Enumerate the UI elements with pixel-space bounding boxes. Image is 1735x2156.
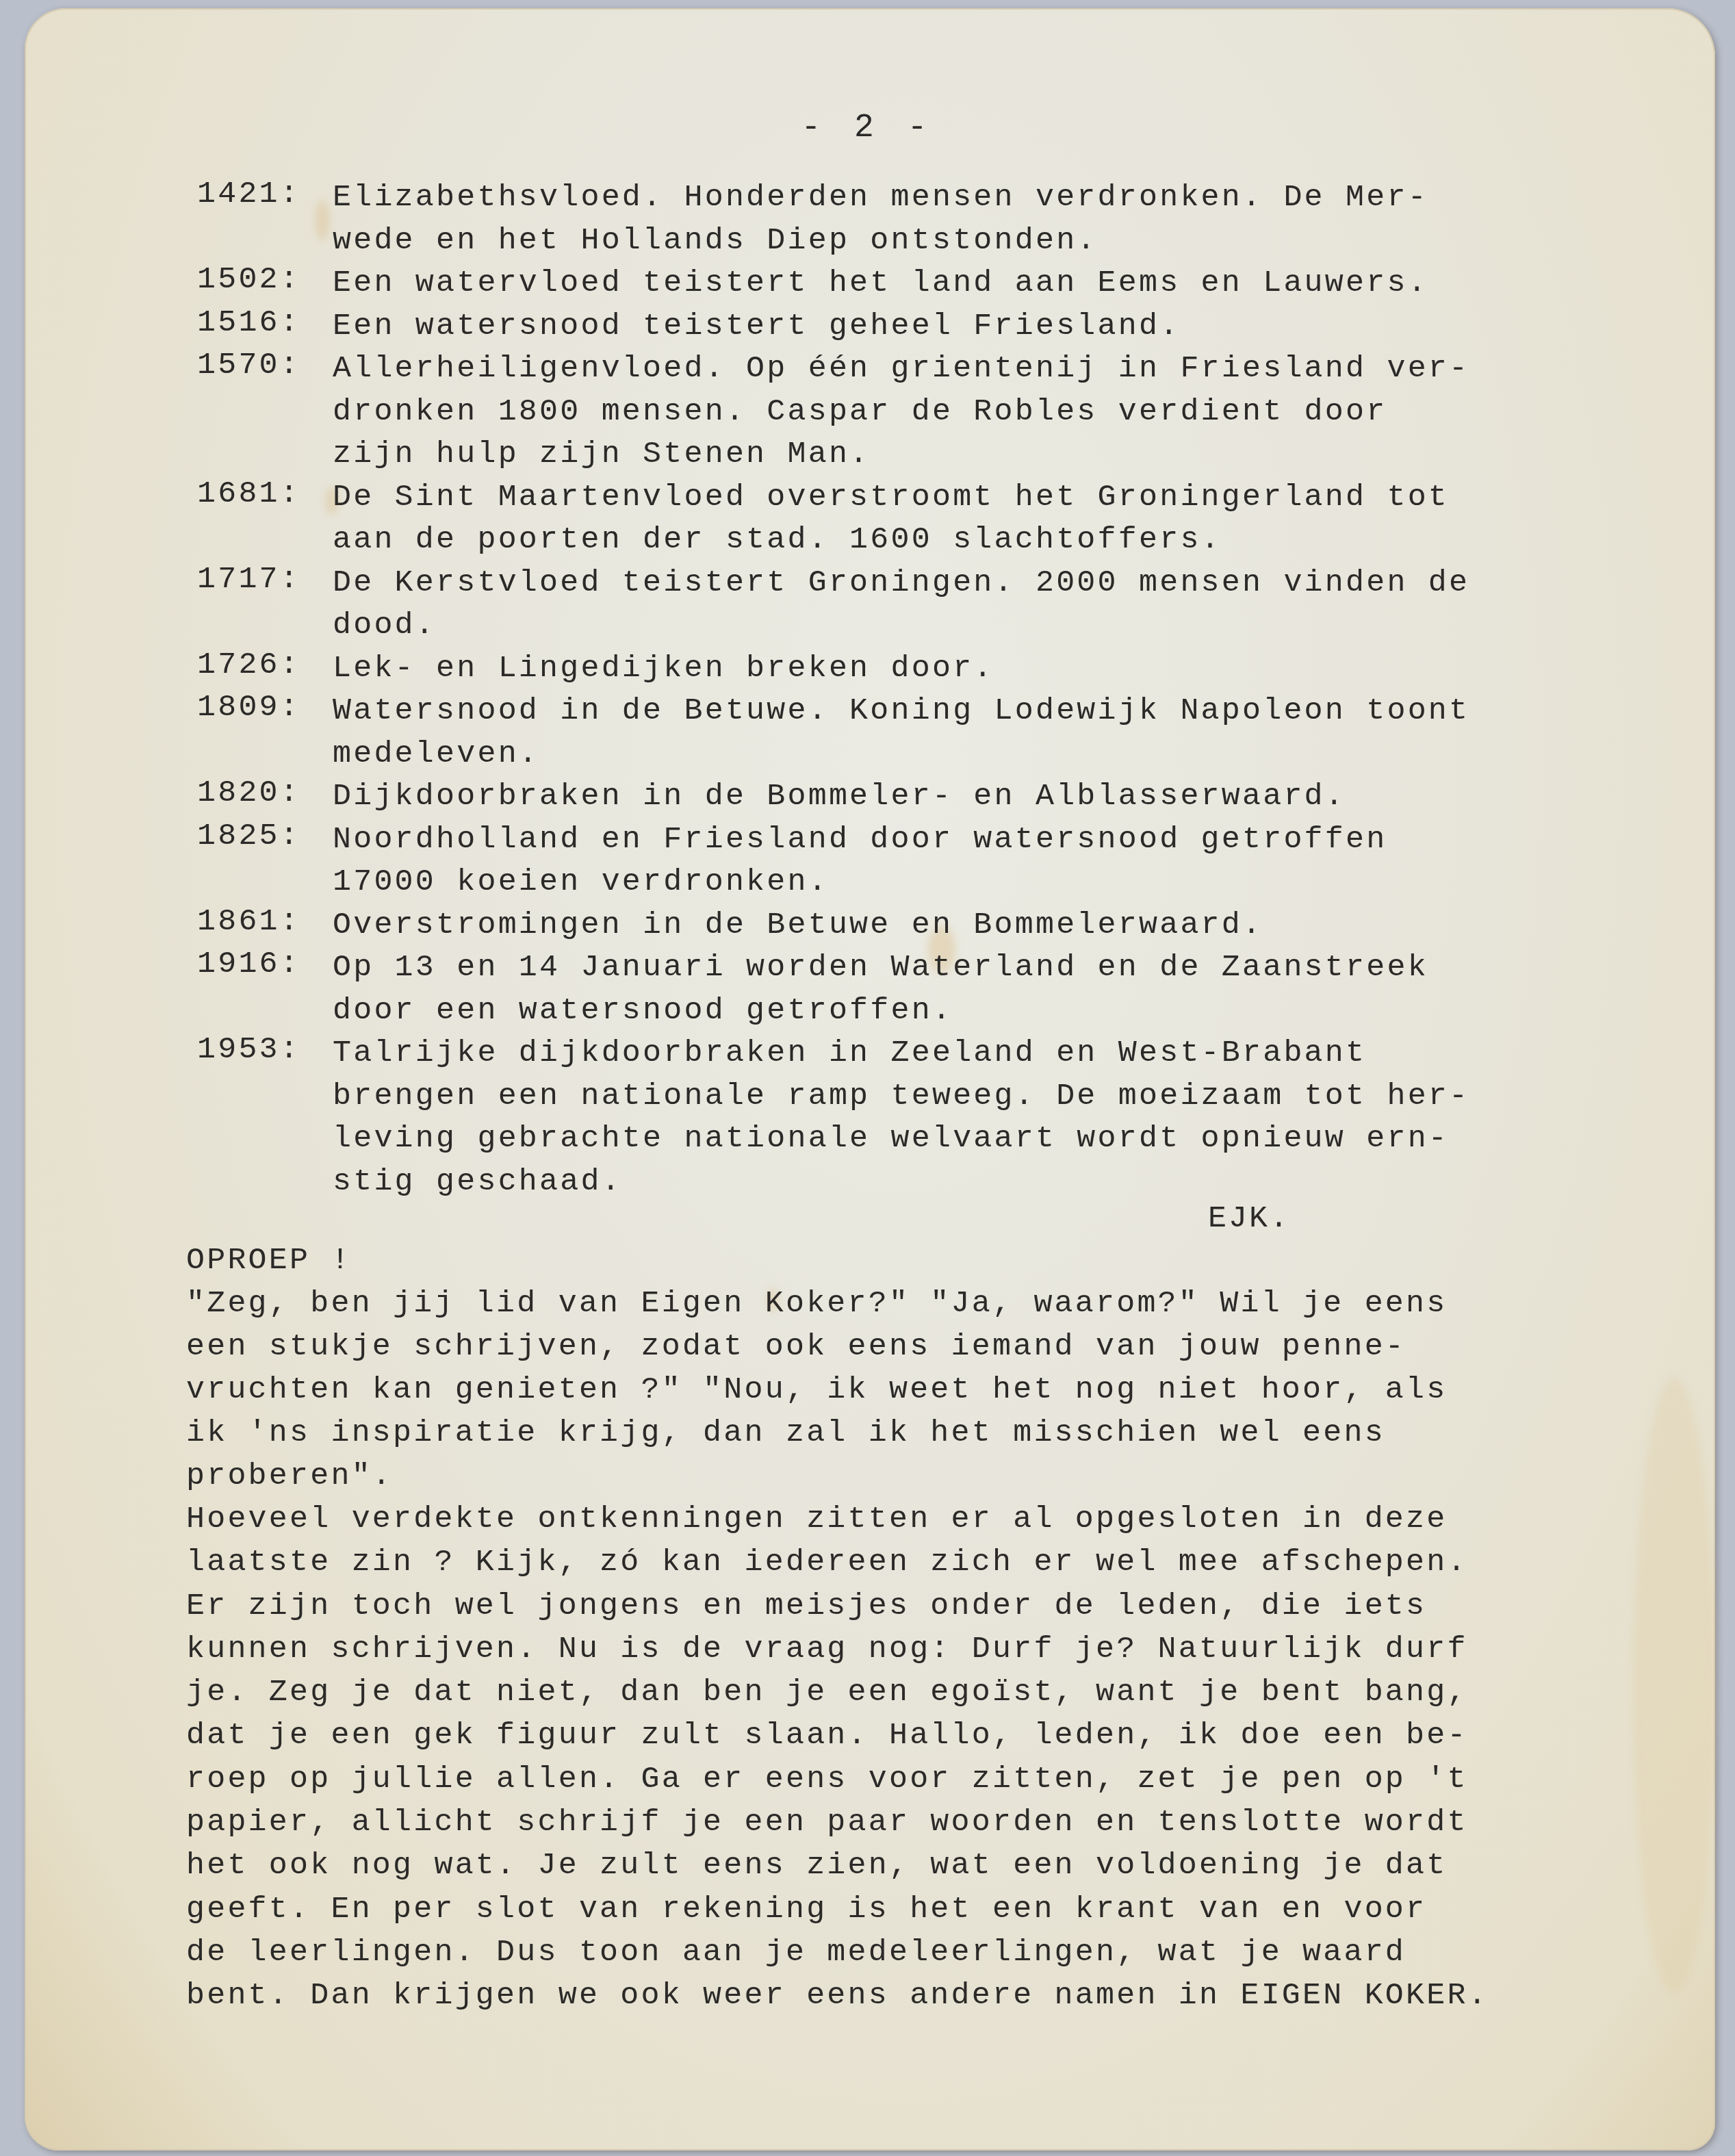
entry-year: 1916: xyxy=(197,947,333,981)
text-line: Een watersnood teistert geheel Friesland… xyxy=(333,305,1600,348)
text-line: roep op jullie allen. Ga er eens voor zi… xyxy=(186,1758,1658,1801)
text-line: 17000 koeien verdronken. xyxy=(333,861,1600,904)
entry-year: 1421: xyxy=(197,177,333,211)
text-line: "Zeg, ben jij lid van Eigen Koker?" "Ja,… xyxy=(186,1282,1658,1325)
entry-year: 1953: xyxy=(197,1032,333,1067)
author-signature: EJK. xyxy=(1208,1201,1290,1236)
text-line: dat je een gek figuur zult slaan. Hallo,… xyxy=(186,1714,1658,1757)
text-line: proberen". xyxy=(186,1454,1658,1498)
text-line: Op 13 en 14 Januari worden Waterland en … xyxy=(333,947,1600,990)
entry-text: Elizabethsvloed. Honderden mensen verdro… xyxy=(333,177,1600,262)
text-line: leving gebrachte nationale welvaart word… xyxy=(333,1118,1600,1161)
text-line: aan de poorten der stad. 1600 slachtoffe… xyxy=(333,519,1600,562)
text-line: Elizabethsvloed. Honderden mensen verdro… xyxy=(333,177,1600,220)
text-line: medeleven. xyxy=(333,733,1600,776)
document-page: - 2 - 1421:Elizabethsvloed. Honderden me… xyxy=(0,0,1735,2156)
text-line: een stukje schrijven, zodat ook eens iem… xyxy=(186,1325,1658,1368)
flood-timeline: 1421:Elizabethsvloed. Honderden mensen v… xyxy=(197,177,1600,1203)
text-line: dronken 1800 mensen. Caspar de Robles ve… xyxy=(333,391,1600,434)
entry-text: Watersnood in de Betuwe. Koning Lodewijk… xyxy=(333,690,1600,775)
text-line: Allerheiligenvloed. Op één grientenij in… xyxy=(333,348,1600,391)
entry-year: 1570: xyxy=(197,348,333,383)
entry-text: Noordholland en Friesland door watersnoo… xyxy=(333,819,1600,904)
entry-text: Overstromingen in de Betuwe en Bommelerw… xyxy=(333,904,1600,947)
text-line: je. Zeg je dat niet, dan ben je een egoï… xyxy=(186,1671,1658,1714)
timeline-entry: 1516:Een watersnood teistert geheel Frie… xyxy=(197,305,1600,348)
text-line: Watersnood in de Betuwe. Koning Lodewijk… xyxy=(333,690,1600,733)
text-line: zijn hulp zijn Stenen Man. xyxy=(333,433,1600,476)
entry-text: Allerheiligenvloed. Op één grientenij in… xyxy=(333,348,1600,476)
entry-year: 1681: xyxy=(197,476,333,511)
entry-year: 1726: xyxy=(197,647,333,682)
timeline-entry: 1502:Een watervloed teistert het land aa… xyxy=(197,262,1600,305)
entry-text: Talrijke dijkdoorbraken in Zeeland en We… xyxy=(333,1032,1600,1203)
oproep-heading: OPROEP ! xyxy=(186,1239,1658,1282)
text-line: Talrijke dijkdoorbraken in Zeeland en We… xyxy=(333,1032,1600,1075)
text-line: brengen een nationale ramp teweeg. De mo… xyxy=(333,1075,1600,1118)
text-line: Lek- en Lingedijken breken door. xyxy=(333,647,1600,691)
text-line: Er zijn toch wel jongens en meisjes onde… xyxy=(186,1584,1658,1628)
entry-text: De Sint Maartenvloed overstroomt het Gro… xyxy=(333,476,1600,562)
timeline-entry: 1809:Watersnood in de Betuwe. Koning Lod… xyxy=(197,690,1600,775)
text-line: De Sint Maartenvloed overstroomt het Gro… xyxy=(333,476,1600,519)
timeline-entry: 1570:Allerheiligenvloed. Op één grienten… xyxy=(197,348,1600,476)
text-line: Hoeveel verdekte ontkenningen zitten er … xyxy=(186,1498,1658,1541)
text-line: Een watervloed teistert het land aan Eem… xyxy=(333,262,1600,305)
entry-text: Een watersnood teistert geheel Friesland… xyxy=(333,305,1600,348)
entry-year: 1717: xyxy=(197,562,333,597)
text-line: stig geschaad. xyxy=(333,1161,1600,1204)
entry-year: 1825: xyxy=(197,819,333,854)
text-line: het ook nog wat. Je zult eens zien, wat … xyxy=(186,1844,1658,1887)
text-line: de leerlingen. Dus toon aan je medeleerl… xyxy=(186,1931,1658,1974)
entry-text: De Kerstvloed teistert Groningen. 2000 m… xyxy=(333,562,1600,647)
timeline-entry: 1717:De Kerstvloed teistert Groningen. 2… xyxy=(197,562,1600,647)
text-line: Dijkdoorbraken in de Bommeler- en Alblas… xyxy=(333,775,1600,819)
entry-text: Op 13 en 14 Januari worden Waterland en … xyxy=(333,947,1600,1032)
timeline-entry: 1825:Noordholland en Friesland door wate… xyxy=(197,819,1600,904)
text-line: kunnen schrijven. Nu is de vraag nog: Du… xyxy=(186,1628,1658,1671)
text-line: papier, allicht schrijf je een paar woor… xyxy=(186,1801,1658,1844)
oproep-section: OPROEP ! "Zeg, ben jij lid van Eigen Kok… xyxy=(186,1239,1658,2018)
timeline-entry: 1681:De Sint Maartenvloed overstroomt he… xyxy=(197,476,1600,562)
text-line: laatste zin ? Kijk, zó kan iedereen zich… xyxy=(186,1541,1658,1584)
entry-text: Een watervloed teistert het land aan Eem… xyxy=(333,262,1600,305)
timeline-entry: 1861:Overstromingen in de Betuwe en Bomm… xyxy=(197,904,1600,947)
timeline-entry: 1421:Elizabethsvloed. Honderden mensen v… xyxy=(197,177,1600,262)
timeline-entry: 1820:Dijkdoorbraken in de Bommeler- en A… xyxy=(197,775,1600,819)
timeline-entry: 1726:Lek- en Lingedijken breken door. xyxy=(197,647,1600,691)
text-line: door een watersnood getroffen. xyxy=(333,990,1600,1033)
oproep-paragraph-1: "Zeg, ben jij lid van Eigen Koker?" "Ja,… xyxy=(186,1282,1658,1498)
entry-text: Dijkdoorbraken in de Bommeler- en Alblas… xyxy=(333,775,1600,819)
entry-year: 1809: xyxy=(197,690,333,725)
entry-text: Lek- en Lingedijken breken door. xyxy=(333,647,1600,691)
text-line: geeft. En per slot van rekening is het e… xyxy=(186,1888,1658,1931)
page-number: - 2 - xyxy=(0,110,1735,146)
timeline-entry: 1916:Op 13 en 14 Januari worden Waterlan… xyxy=(197,947,1600,1032)
text-line: wede en het Hollands Diep ontstonden. xyxy=(333,220,1600,263)
text-line: dood. xyxy=(333,604,1600,647)
text-line: bent. Dan krijgen we ook weer eens ander… xyxy=(186,1974,1658,2017)
timeline-entry: 1953:Talrijke dijkdoorbraken in Zeeland … xyxy=(197,1032,1600,1203)
entry-year: 1502: xyxy=(197,262,333,297)
text-line: Noordholland en Friesland door watersnoo… xyxy=(333,819,1600,862)
entry-year: 1516: xyxy=(197,305,333,340)
entry-year: 1861: xyxy=(197,904,333,939)
text-line: vruchten kan genieten ?" "Nou, ik weet h… xyxy=(186,1368,1658,1411)
entry-year: 1820: xyxy=(197,775,333,810)
text-line: ik 'ns inspiratie krijg, dan zal ik het … xyxy=(186,1411,1658,1454)
oproep-paragraph-2: Hoeveel verdekte ontkenningen zitten er … xyxy=(186,1498,1658,2018)
text-line: De Kerstvloed teistert Groningen. 2000 m… xyxy=(333,562,1600,605)
text-line: Overstromingen in de Betuwe en Bommelerw… xyxy=(333,904,1600,947)
